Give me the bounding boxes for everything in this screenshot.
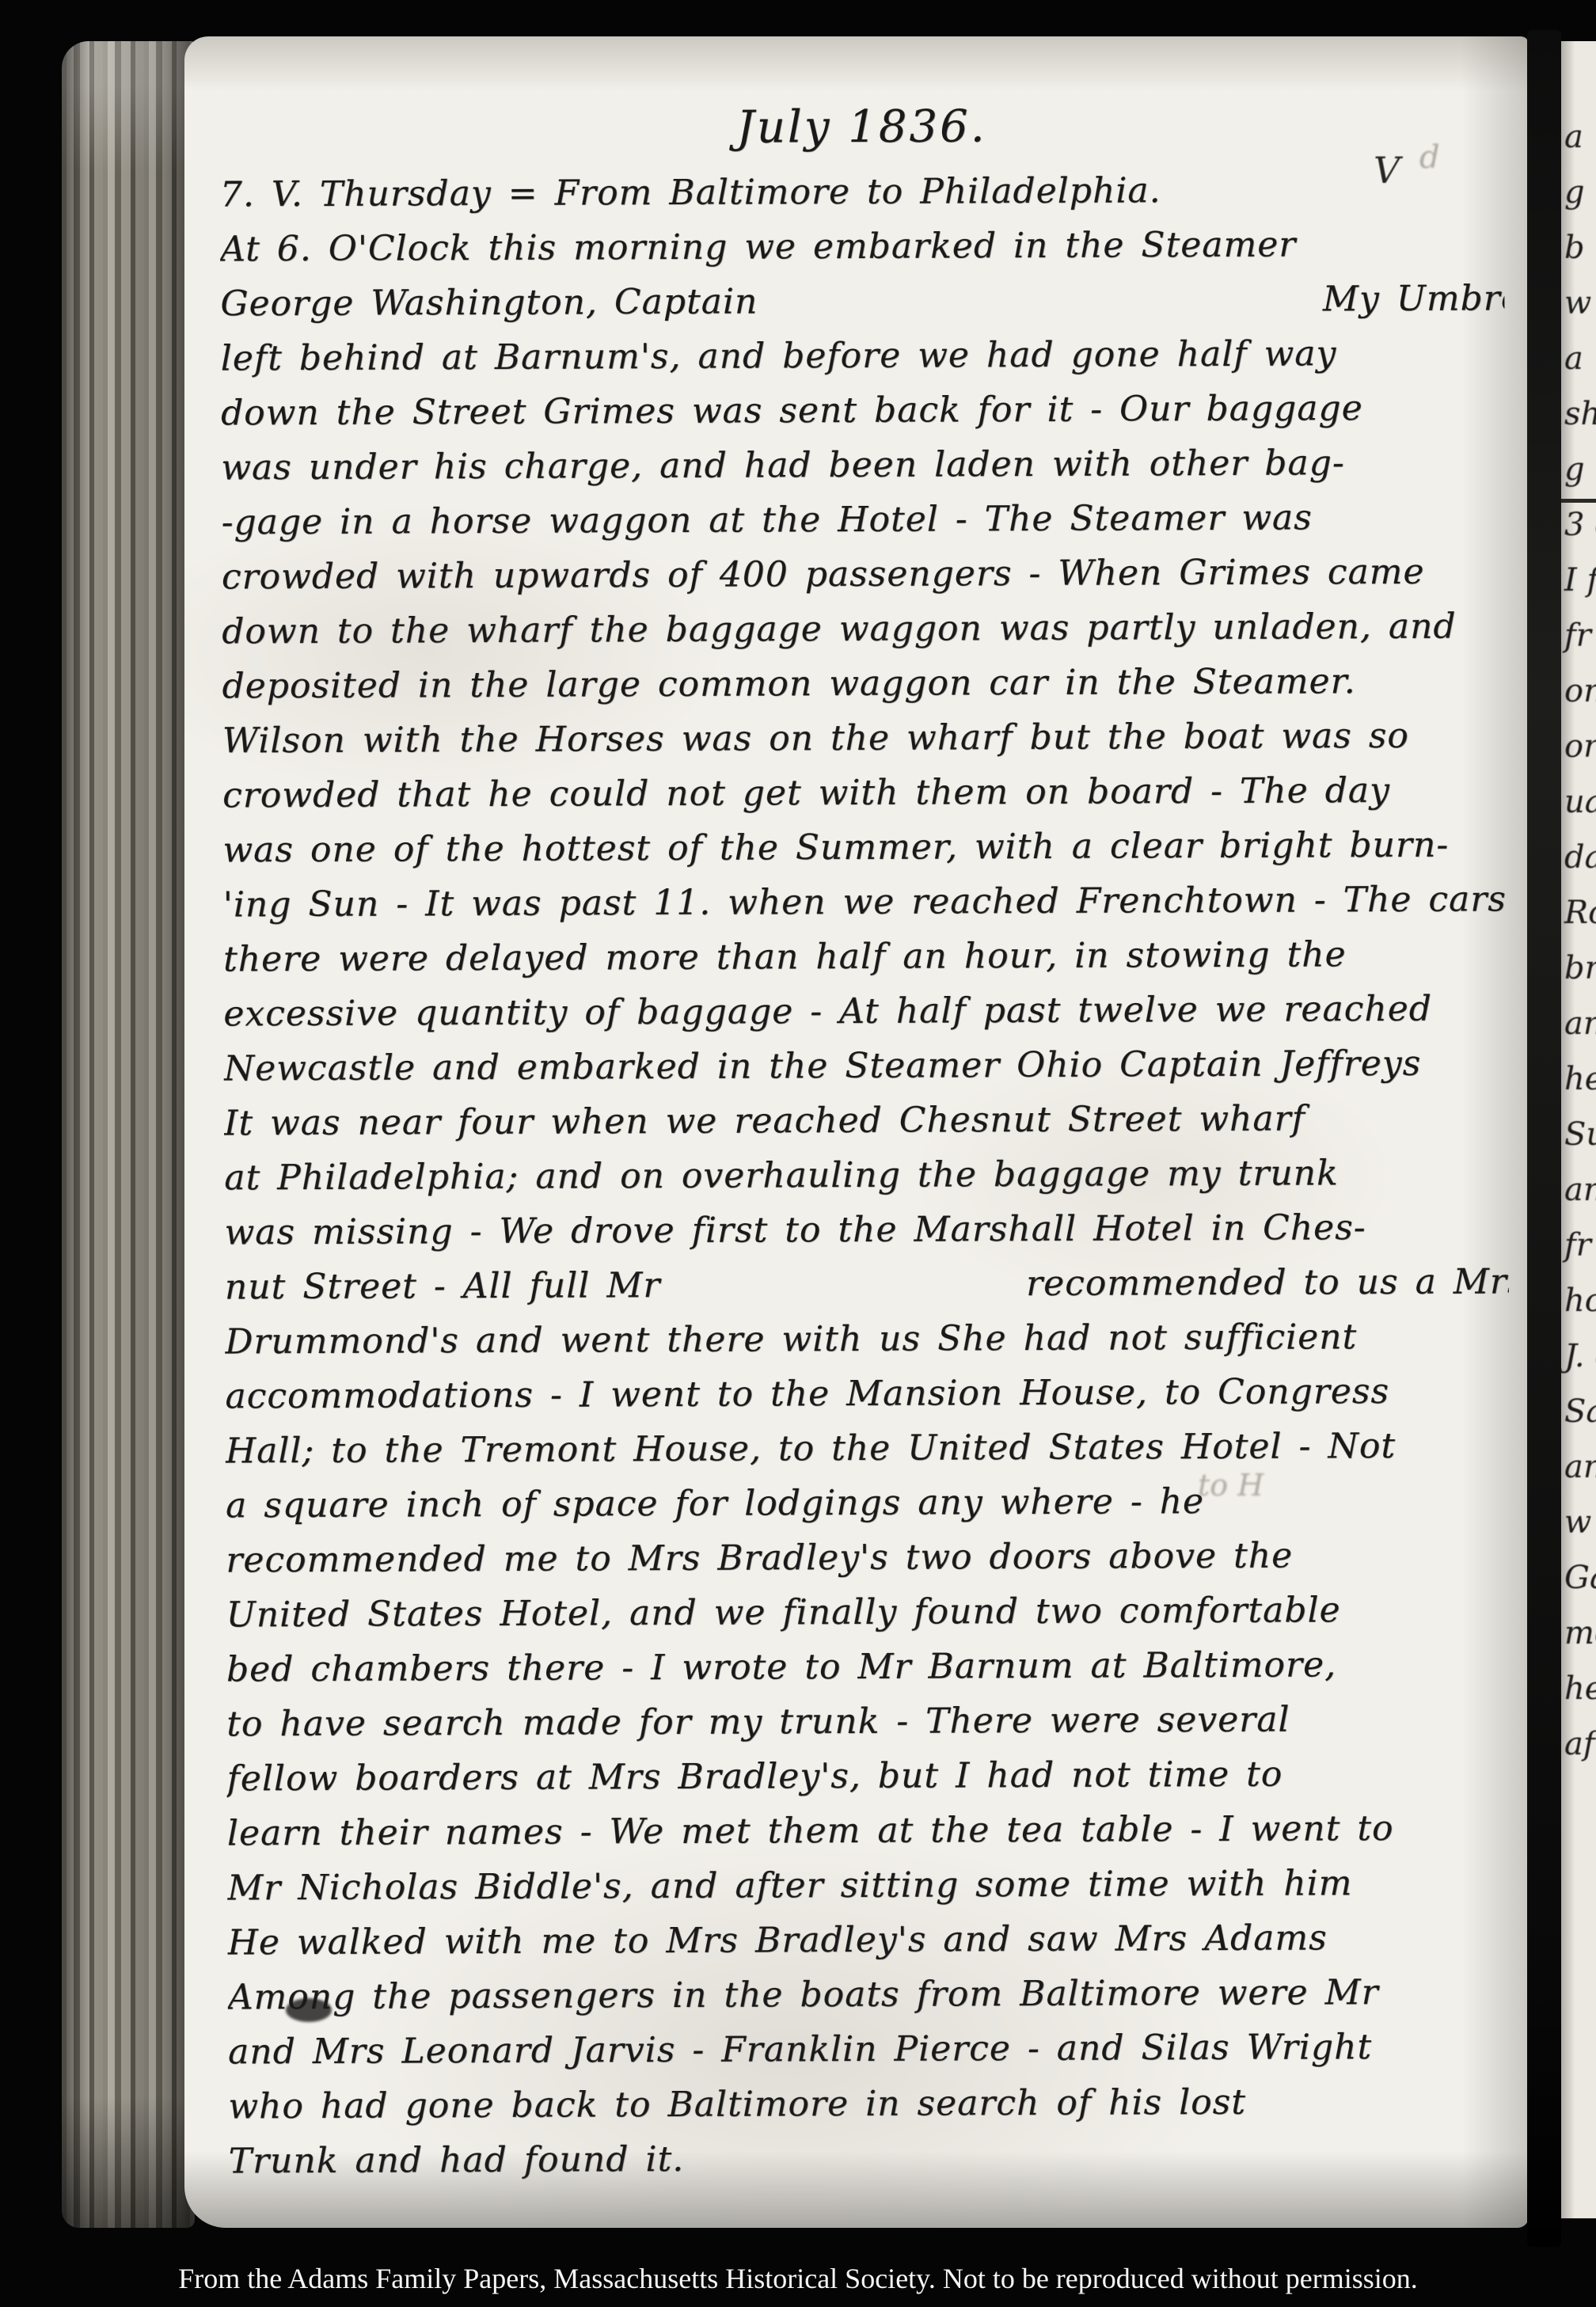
annotation-faint-mark: d xyxy=(1419,139,1440,176)
adjacent-page-fragment: or xyxy=(1564,719,1596,774)
diary-line: George Washington, Captain My Umbrella w… xyxy=(220,271,1504,331)
diary-line: Hall; to the Tremont House, to the Unite… xyxy=(226,1418,1510,1478)
adjacent-page-fragment: Ga xyxy=(1564,1550,1596,1606)
diary-line: 'ing Sun - It was past 11. when we reach… xyxy=(223,872,1507,932)
adjacent-page-fragment: g xyxy=(1564,442,1596,497)
diary-line: recommended me to Mrs Bradley's two door… xyxy=(226,1527,1510,1587)
adjacent-page-fragment: on xyxy=(1564,663,1596,719)
adjacent-page-fragments: agbwashg3 cI ffronoruadaRobranheSuanfrho… xyxy=(1564,109,1596,1772)
diary-line: excessive quantity of baggage - At half … xyxy=(223,981,1507,1041)
adjacent-page-fragment: w xyxy=(1564,1495,1596,1550)
adjacent-page-fragment: g xyxy=(1564,165,1596,220)
adjacent-page-fragment: Ro xyxy=(1564,885,1596,941)
photograph-backdrop: July 1836. 7. V. Thursday = From Baltimo… xyxy=(0,0,1596,2307)
diary-line: was one of the hottest of the Summer, wi… xyxy=(222,817,1507,877)
adjacent-page-fragment: 3 c xyxy=(1564,497,1596,553)
diary-line: Among the passengers in the boats from B… xyxy=(228,1964,1512,2024)
diary-line: At 6. O'Clock this morning we embarked i… xyxy=(220,216,1504,276)
diary-line: Drummond's and went there with us She ha… xyxy=(225,1309,1509,1369)
diary-line: left behind at Barnum's, and before we h… xyxy=(221,325,1505,386)
diary-line: United States Hotel, and we finally foun… xyxy=(226,1582,1510,1642)
adjacent-page-fragment: an xyxy=(1564,1162,1596,1218)
adjacent-page-fragment: I f xyxy=(1564,553,1596,608)
diary-line: Mr Nicholas Biddle's, and after sitting … xyxy=(227,1855,1511,1915)
adjacent-page-edge: agbwashg3 cI ffronoruadaRobranheSuanfrho… xyxy=(1561,41,1596,2218)
adjacent-page-fragment: fr xyxy=(1564,1218,1596,1273)
diary-line: Trunk and had found it. xyxy=(229,2128,1513,2188)
diary-line: He walked with me to Mrs Bradley's and s… xyxy=(227,1910,1511,1970)
book-gutter-shadow xyxy=(1527,30,1561,2247)
diary-line: and Mrs Leonard Jarvis - Franklin Pierce… xyxy=(228,2019,1512,2079)
adjacent-page-fragment: fr xyxy=(1564,608,1596,663)
adjacent-page-fragment: ua xyxy=(1564,774,1596,830)
diary-line: -gage in a horse waggon at the Hotel - T… xyxy=(221,489,1505,549)
adjacent-page-fragment: sh xyxy=(1564,386,1596,442)
adjacent-page-fragment: ho xyxy=(1564,1273,1596,1328)
adjacent-page-fragment: b xyxy=(1564,220,1596,276)
diary-line: to have search made for my trunk - There… xyxy=(226,1691,1510,1751)
annotation-check-mark: V xyxy=(1374,149,1400,192)
adjacent-page-fragment: da xyxy=(1564,830,1596,885)
diary-line: learn their names - We met them at the t… xyxy=(227,1800,1511,1860)
adjacent-page-fragment: aft xyxy=(1564,1716,1596,1772)
diary-line: who had gone back to Baltimore in search… xyxy=(228,2073,1512,2134)
diary-line: down to the wharf the baggage waggon was… xyxy=(222,599,1506,659)
adjacent-page-fragment: a xyxy=(1564,109,1596,165)
adjacent-page-fragment: mo xyxy=(1564,1606,1596,1661)
diary-line: It was near four when we reached Chesnut… xyxy=(224,1090,1508,1150)
photo-caption: From the Adams Family Papers, Massachuse… xyxy=(0,2261,1596,2296)
diary-line: there were delayed more than half an hou… xyxy=(223,926,1507,986)
diary-line: was missing - We drove first to the Mars… xyxy=(224,1199,1508,1260)
adjacent-page-fragment: br xyxy=(1564,941,1596,996)
adjacent-page-fragment: w xyxy=(1564,276,1596,331)
diary-line: nut Street - All full Mr recommended to … xyxy=(225,1254,1509,1314)
diary-line: down the Street Grimes was sent back for… xyxy=(221,380,1505,440)
diary-line: 7. V. Thursday = From Baltimore to Phila… xyxy=(220,162,1504,222)
adjacent-page-fragment: he xyxy=(1564,1051,1596,1107)
adjacent-page-fragment: a xyxy=(1564,331,1596,386)
adjacent-page-fragment: Sa xyxy=(1564,1384,1596,1439)
diary-line: Newcastle and embarked in the Steamer Oh… xyxy=(223,1036,1507,1096)
adjacent-page-fragment: J. e xyxy=(1564,1328,1596,1384)
diary-line: a square inch of space for lodgings any … xyxy=(226,1473,1510,1533)
adjacent-page-fragment: an xyxy=(1564,996,1596,1051)
adjacent-page-fragment: Su xyxy=(1564,1107,1596,1162)
diary-line: deposited in the large common waggon car… xyxy=(222,653,1506,713)
ghost-ink-bleedthrough: to H xyxy=(1198,1468,1263,1503)
diary-line: bed chambers there - I wrote to Mr Barnu… xyxy=(226,1636,1510,1697)
book-page-stack-edge xyxy=(62,41,195,2228)
diary-line: crowded with upwards of 400 passengers -… xyxy=(222,544,1506,604)
diary-page: July 1836. 7. V. Thursday = From Baltimo… xyxy=(184,36,1529,2228)
manuscript-text-block: July 1836. 7. V. Thursday = From Baltimo… xyxy=(184,36,1529,2228)
diary-line: crowded that he could not get with them … xyxy=(222,762,1507,823)
diary-line: at Philadelphia; and on overhauling the … xyxy=(224,1145,1508,1205)
diary-line: Wilson with the Horses was on the wharf … xyxy=(222,708,1507,768)
adjacent-page-fragment: an xyxy=(1564,1439,1596,1495)
diary-line: was under his charge, and had been laden… xyxy=(221,435,1505,495)
diary-entry-lines: 7. V. Thursday = From Baltimore to Phila… xyxy=(220,162,1513,2188)
page-heading: July 1836. xyxy=(219,90,1503,164)
diary-line: accommodations - I went to the Mansion H… xyxy=(225,1363,1509,1423)
diary-line: fellow boarders at Mrs Bradley's, but I … xyxy=(226,1746,1510,1806)
ink-blot xyxy=(286,1998,332,2022)
adjacent-page-fragment: he xyxy=(1564,1661,1596,1716)
